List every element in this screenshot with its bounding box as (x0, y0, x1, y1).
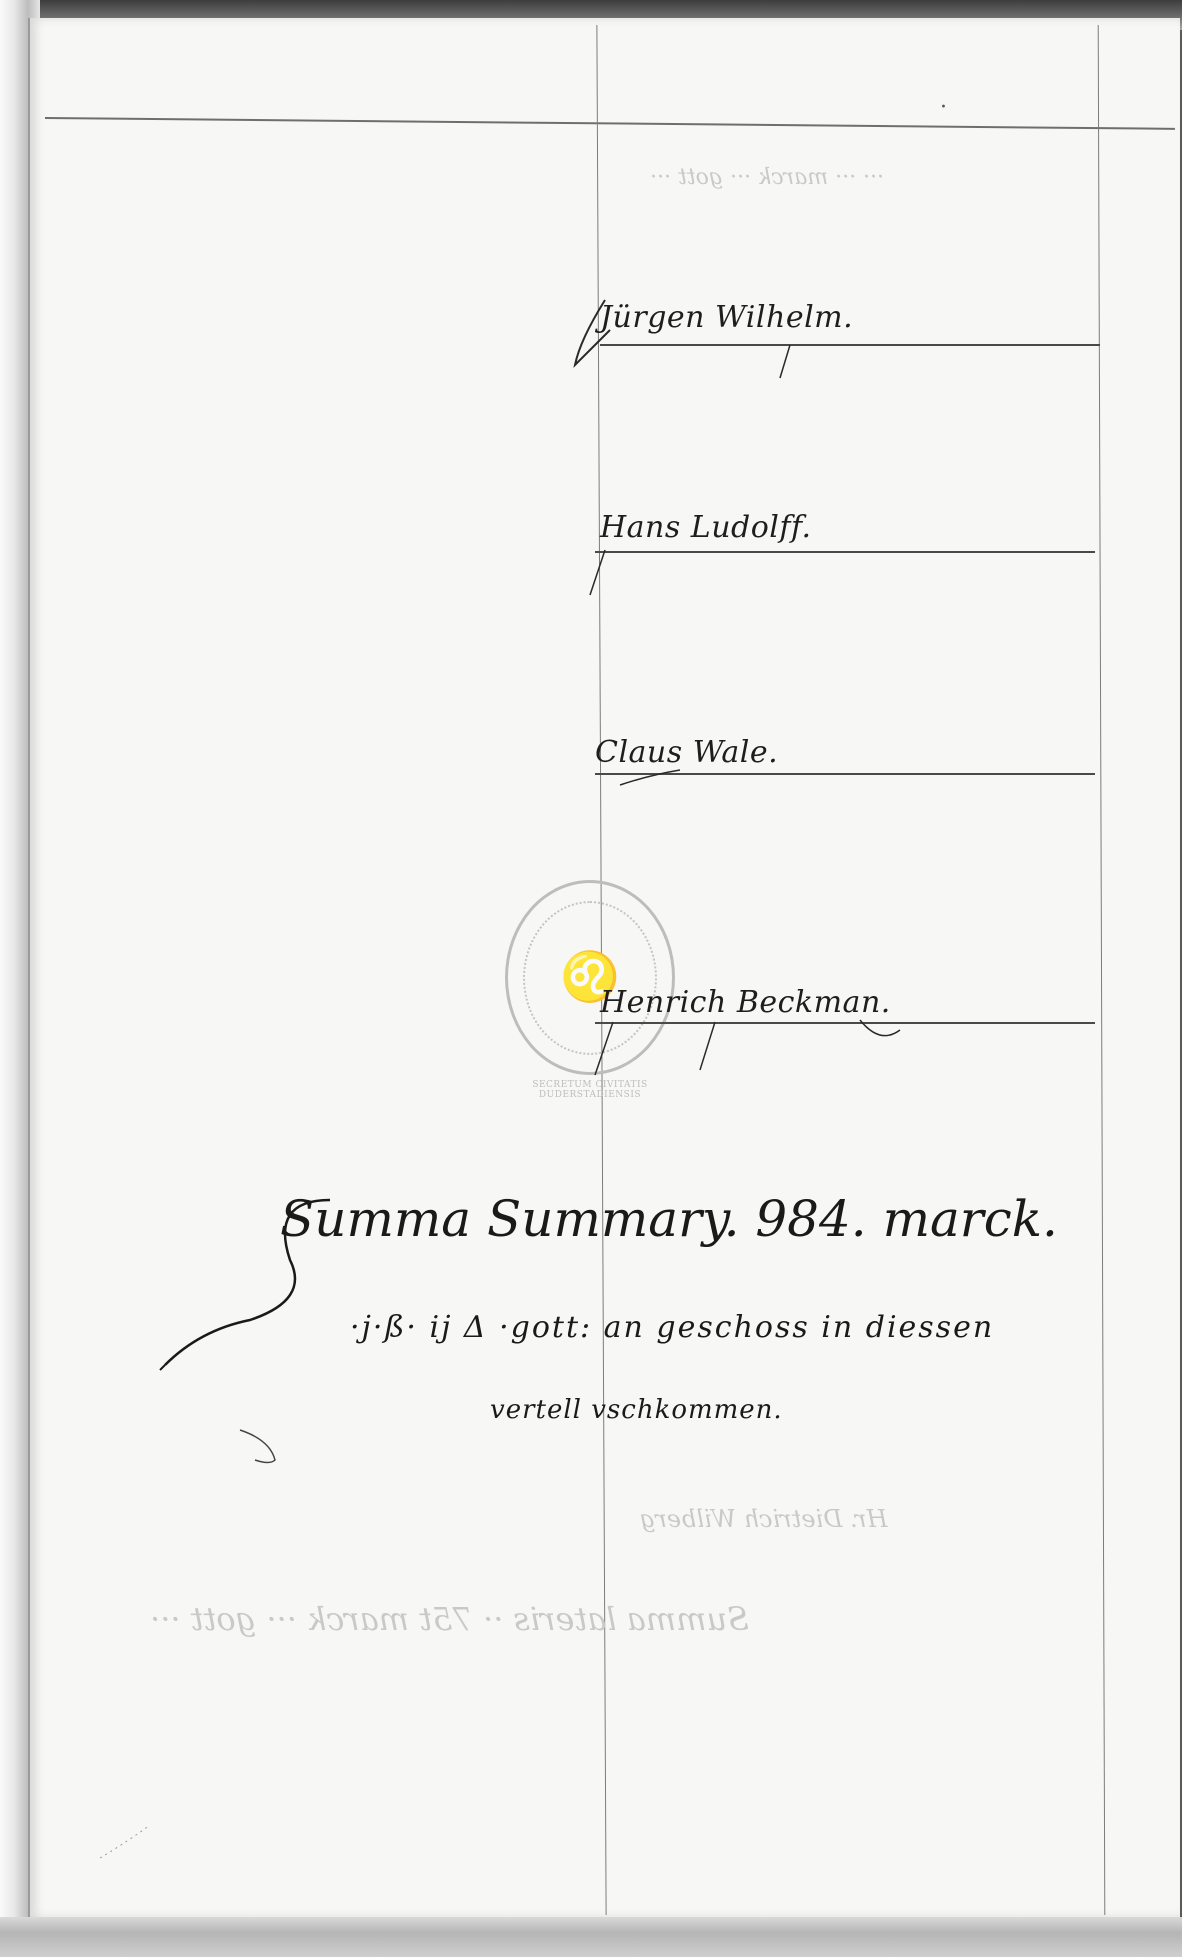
summary-detail-line: ·j·ß· ij Δ ·gott: an geschoss in diessen (350, 1310, 994, 1345)
show-through-text-top: ··· ··· marck ··· gott ··· (650, 165, 884, 190)
entry-name-1: Jürgen Wilhelm. (600, 300, 853, 335)
seal-inscription: SECRETUM CIVITATIS DUDERSTADIENSIS (505, 1080, 675, 1100)
entry-name-2: Hans Ludolff. (600, 510, 812, 545)
page-marker: · (940, 95, 947, 120)
entry-underline-4 (595, 1022, 1095, 1024)
summary-closing-line: vertell vschkommen. (490, 1395, 783, 1425)
show-through-text-bottom: Summa lateris ·· 75t marck ··· gott ··· (150, 1600, 749, 1638)
entry-underline-1 (600, 344, 1100, 346)
entry-name-3: Claus Wale. (595, 735, 778, 770)
entry-underline-2 (595, 551, 1095, 553)
entry-underline-3 (595, 773, 1095, 775)
city-seal-stamp: ♌ (505, 880, 675, 1075)
entry-name-4: Henrich Beckman. (600, 985, 891, 1020)
show-through-header-bottom: Hr. Dietrich Wilberg (640, 1505, 887, 1533)
summary-total-line: Summa Summary. 984. marck. (280, 1190, 1058, 1248)
scan-border-bottom (0, 1917, 1182, 1957)
